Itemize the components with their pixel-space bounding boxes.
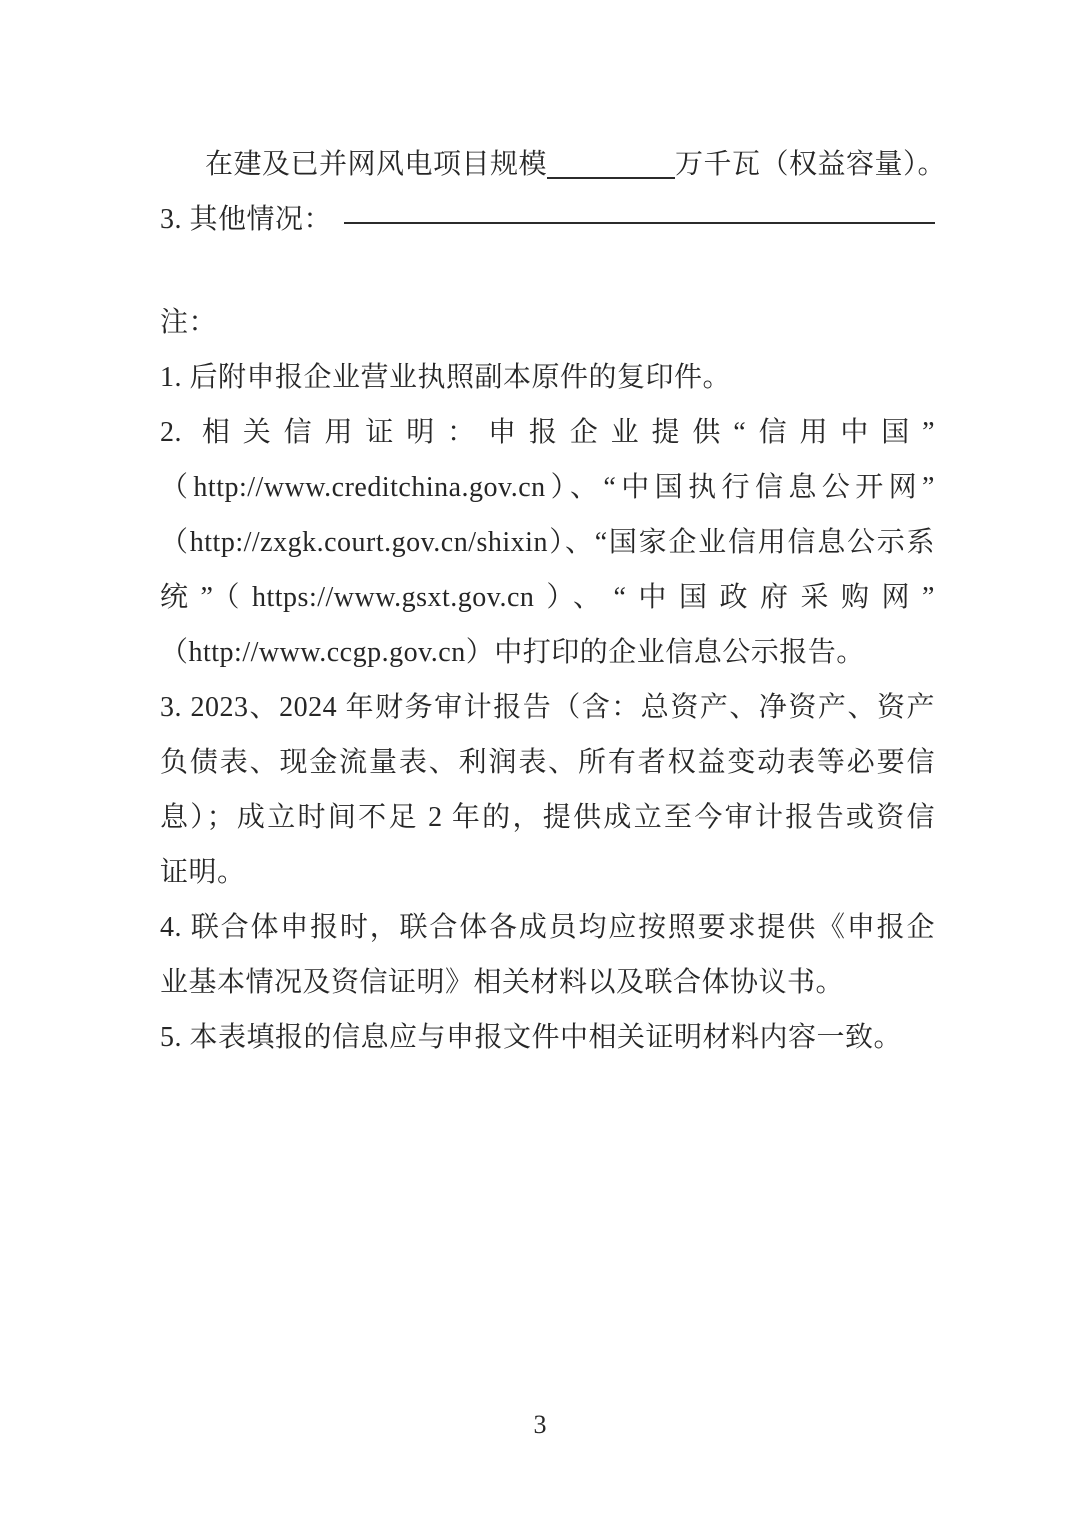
note-3-line-3: 息）；成立时间不足 2 年的，提供成立至今审计报告或资信 [160, 790, 935, 845]
note-1: 1. 后附申报企业营业执照副本原件的复印件。 [160, 350, 935, 405]
other-info-fill-blank [344, 221, 935, 224]
note-4-line-1: 4. 联合体申报时，联合体各成员均应按照要求提供《申报企 [160, 900, 935, 955]
capacity-line: 在建及已并网风电项目规模万千瓦（权益容量）。 [160, 137, 935, 192]
note-3-line-1: 3. 2023、2024 年财务审计报告（含：总资产、净资产、资产 [160, 680, 935, 735]
document-body: 在建及已并网风电项目规模万千瓦（权益容量）。 3. 其他情况： 注： 1. 后附… [160, 137, 935, 1065]
note-2-line-2: （http://www.creditchina.gov.cn）、“中国执行信息公… [160, 460, 935, 515]
document-page: 在建及已并网风电项目规模万千瓦（权益容量）。 3. 其他情况： 注： 1. 后附… [0, 0, 1080, 1527]
other-info-label: 3. 其他情况： [160, 192, 332, 247]
note-2-line-1: 2. 相关信用证明：申报企业提供“信用中国” [160, 405, 935, 460]
note-2-line-5: （http://www.ccgp.gov.cn）中打印的企业信息公示报告。 [160, 625, 935, 680]
note-2-line-4: 统”（https://www.gsxt.gov.cn）、“中国政府采购网” [160, 570, 935, 625]
note-3-line-4: 证明。 [160, 845, 935, 900]
note-4-line-2: 业基本情况及资信证明》相关材料以及联合体协议书。 [160, 955, 935, 1010]
capacity-line-pre: 在建及已并网风电项目规模 [205, 149, 547, 180]
capacity-fill-blank [547, 143, 675, 179]
capacity-line-post: 万千瓦（权益容量）。 [675, 149, 946, 180]
notes-heading: 注： [160, 295, 935, 350]
other-info-line: 3. 其他情况： [160, 192, 935, 247]
note-5: 5. 本表填报的信息应与申报文件中相关证明材料内容一致。 [160, 1010, 935, 1065]
page-number: 3 [0, 1405, 1080, 1445]
note-3-line-2: 负债表、现金流量表、利润表、所有者权益变动表等必要信 [160, 735, 935, 790]
note-2-line-3: （http://zxgk.court.gov.cn/shixin）、“国家企业信… [160, 515, 935, 570]
